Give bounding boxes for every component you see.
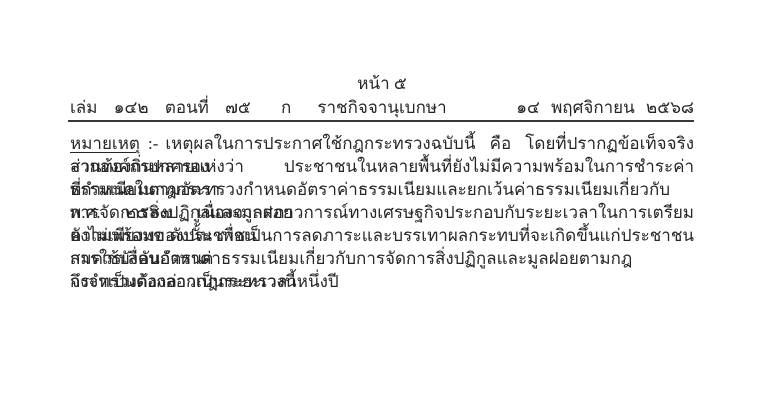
- note-label: หมายเหตุ: [70, 134, 140, 153]
- note-line-7: จึงจำเป็นต้องออกกฎกระทรวงนี้: [70, 270, 694, 293]
- note-line-6: การใช้บังคับอัตราค่าธรรมเนียมเกี่ยวกับกา…: [70, 247, 694, 270]
- note-line-3: ที่กำหนดในกฎกระทรวงกำหนดอัตราค่าธรรมเนีย…: [70, 178, 694, 201]
- publication-date: ๑๔ พฤศจิกายน ๒๕๖๘: [516, 96, 694, 120]
- gazette-page: หน้า ๕ เล่ม ๑๔๒ ตอนที่ ๗๕ ก ราชกิจจานุเบ…: [0, 0, 771, 415]
- header-meta-row: เล่ม ๑๔๒ ตอนที่ ๗๕ ก ราชกิจจานุเบกษา ๑๔ …: [70, 96, 694, 120]
- note-separator: :-: [148, 134, 158, 153]
- note-line-4: พ.ศ. ๒๕๖๗ เนื่องจากสภาวการณ์ทางเศรษฐกิจป…: [70, 201, 694, 224]
- note-line-5: ยังไม่เพียงพอ ดังนั้น เพื่อเป็นการลดภาระ…: [70, 224, 694, 247]
- note-paragraph: หมายเหตุ:-เหตุผลในการประกาศใช้กฎกระทรวงฉ…: [70, 132, 694, 293]
- note-line-2: ส่วนท้องถิ่นหลายแห่งว่า ประชาชนในหลายพื้…: [70, 155, 694, 178]
- header-divider: [68, 120, 694, 122]
- note-line-1: หมายเหตุ:-เหตุผลในการประกาศใช้กฎกระทรวงฉ…: [70, 132, 694, 155]
- page-number: หน้า ๕: [70, 72, 694, 95]
